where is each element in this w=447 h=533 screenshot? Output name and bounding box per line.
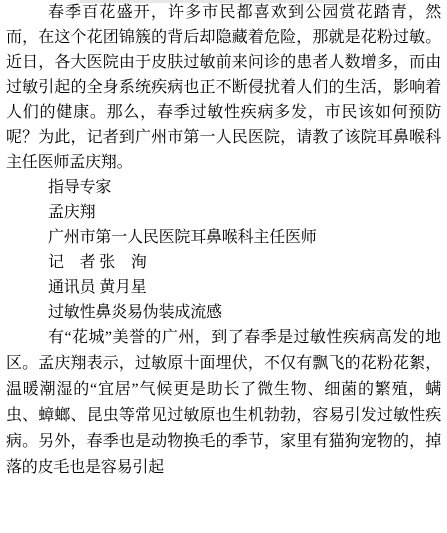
- correspondent-byline: 通讯员 黄月星: [6, 275, 441, 300]
- article-content: 春季百花盛开，许多市民都喜欢到公园赏花踏青，然而，在这个花团锦簇的背后却隐藏着危…: [6, 0, 441, 481]
- section-heading: 过敏性鼻炎易伪装成流感: [6, 300, 441, 325]
- body-paragraph: 有“花城”美誉的广州，到了春季是过敏性疾病高发的地区。孟庆翔表示，过敏原十面埋伏…: [6, 325, 441, 481]
- document-page: 春季百花盛开，许多市民都喜欢到公园赏花踏青，然而，在这个花团锦簇的背后却隐藏着危…: [0, 0, 447, 533]
- reporter-byline: 记 者 张 洵: [6, 250, 441, 275]
- expert-name: 孟庆翔: [6, 200, 441, 225]
- expert-section-label: 指导专家: [6, 175, 441, 200]
- intro-paragraph: 春季百花盛开，许多市民都喜欢到公园赏花踏青，然而，在这个花团锦簇的背后却隐藏着危…: [6, 0, 441, 175]
- expert-title: 广州市第一人民医院耳鼻喉科主任医师: [6, 225, 441, 250]
